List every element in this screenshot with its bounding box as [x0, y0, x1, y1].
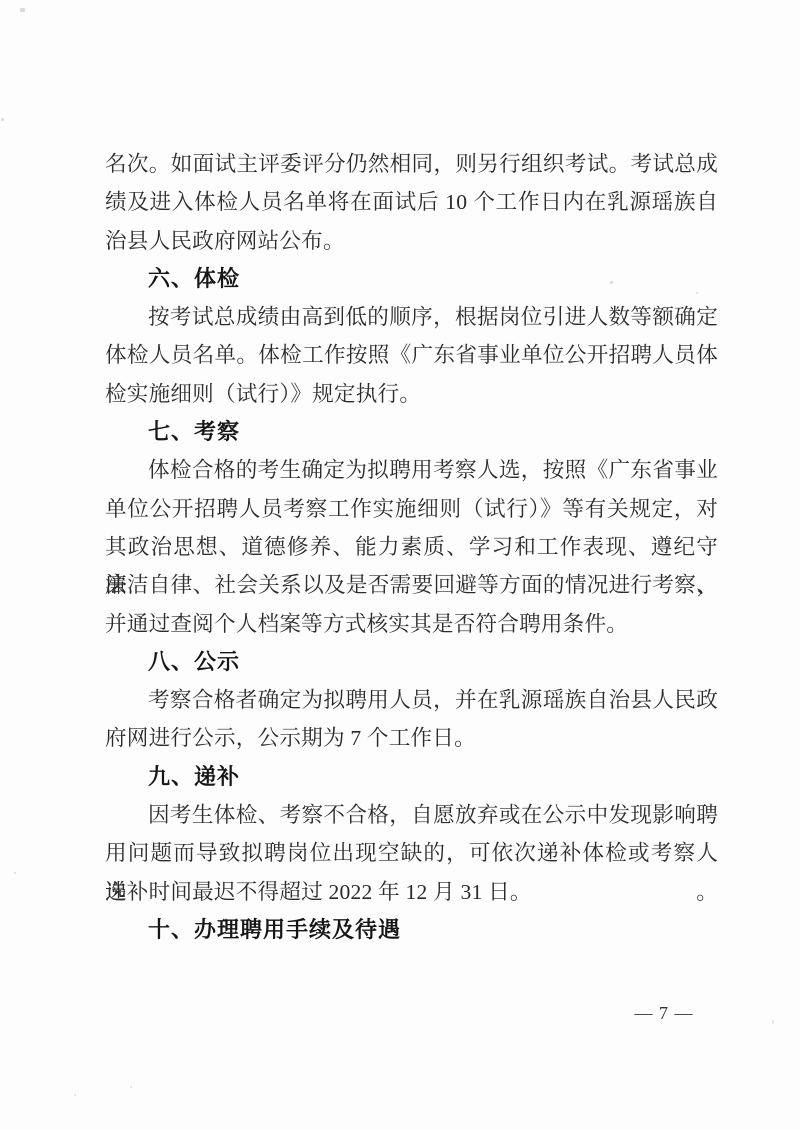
paragraph-line: 考察合格者确定为拟聘用人员，并在乳源瑶族自治县人民政 — [105, 681, 718, 719]
section-heading-pinyong: 十、办理聘用手续及待遇 — [105, 911, 718, 949]
paragraph-line: 体检合格的考生确定为拟聘用考察人选，按照《广东省事业 — [105, 451, 718, 489]
paragraph-line: 其政治思想、道德修养、能力素质、学习和工作表现、遵纪守法、 — [105, 528, 718, 566]
paragraph-line: 府网进行公示，公示期为 7 个工作日。 — [105, 719, 718, 757]
scan-speck — [14, 872, 16, 874]
document-body: 名次。如面试主评委评分仍然相同，则另行组织考试。考试总成 绩及进入体检人员名单将… — [105, 145, 718, 949]
scan-speck — [696, 292, 698, 294]
section-heading-gongshi: 八、公示 — [105, 643, 718, 681]
paragraph-line: 体检人员名单。体检工作按照《广东省事业单位公开招聘人员体 — [105, 336, 718, 374]
scan-speck — [130, 1086, 132, 1088]
paragraph-line: 用问题而导致拟聘岗位出现空缺的，可依次递补体检或考察人选。 — [105, 834, 718, 872]
section-heading-tijian: 六、体检 — [105, 260, 718, 298]
scanned-document-page: 名次。如面试主评委评分仍然相同，则另行组织考试。考试总成 绩及进入体检人员名单将… — [0, 0, 800, 1130]
paragraph-line: 按考试总成绩由高到低的顺序，根据岗位引进人数等额确定 — [105, 298, 718, 336]
paragraph-line: 并通过查阅个人档案等方式核实其是否符合聘用条件。 — [105, 605, 718, 643]
section-heading-kaocha: 七、考察 — [105, 413, 718, 451]
paragraph-line: 治县人民政府网站公布。 — [105, 222, 718, 260]
page-number: — 7 — — [622, 1001, 706, 1025]
paragraph-line: 单位公开招聘人员考察工作实施细则（试行）》等有关规定，对 — [105, 490, 718, 528]
paragraph-line: 因考生体检、考察不合格，自愿放弃或在公示中发现影响聘 — [105, 796, 718, 834]
paragraph-line: 检实施细则（试行）》规定执行。 — [105, 375, 718, 413]
scan-speck — [610, 281, 613, 284]
paragraph-line: 名次。如面试主评委评分仍然相同，则另行组织考试。考试总成 — [105, 145, 718, 183]
section-heading-dibu: 九、递补 — [105, 758, 718, 796]
scan-speck — [772, 1020, 774, 1024]
paragraph-line: 绩及进入体检人员名单将在面试后 10 个工作日内在乳源瑶族自 — [105, 183, 718, 221]
scan-speck — [74, 1094, 76, 1096]
paragraph-line: 廉洁自律、社会关系以及是否需要回避等方面的情况进行考察， — [105, 566, 718, 604]
scan-speck — [20, 8, 25, 12]
scan-speck — [1, 118, 4, 121]
